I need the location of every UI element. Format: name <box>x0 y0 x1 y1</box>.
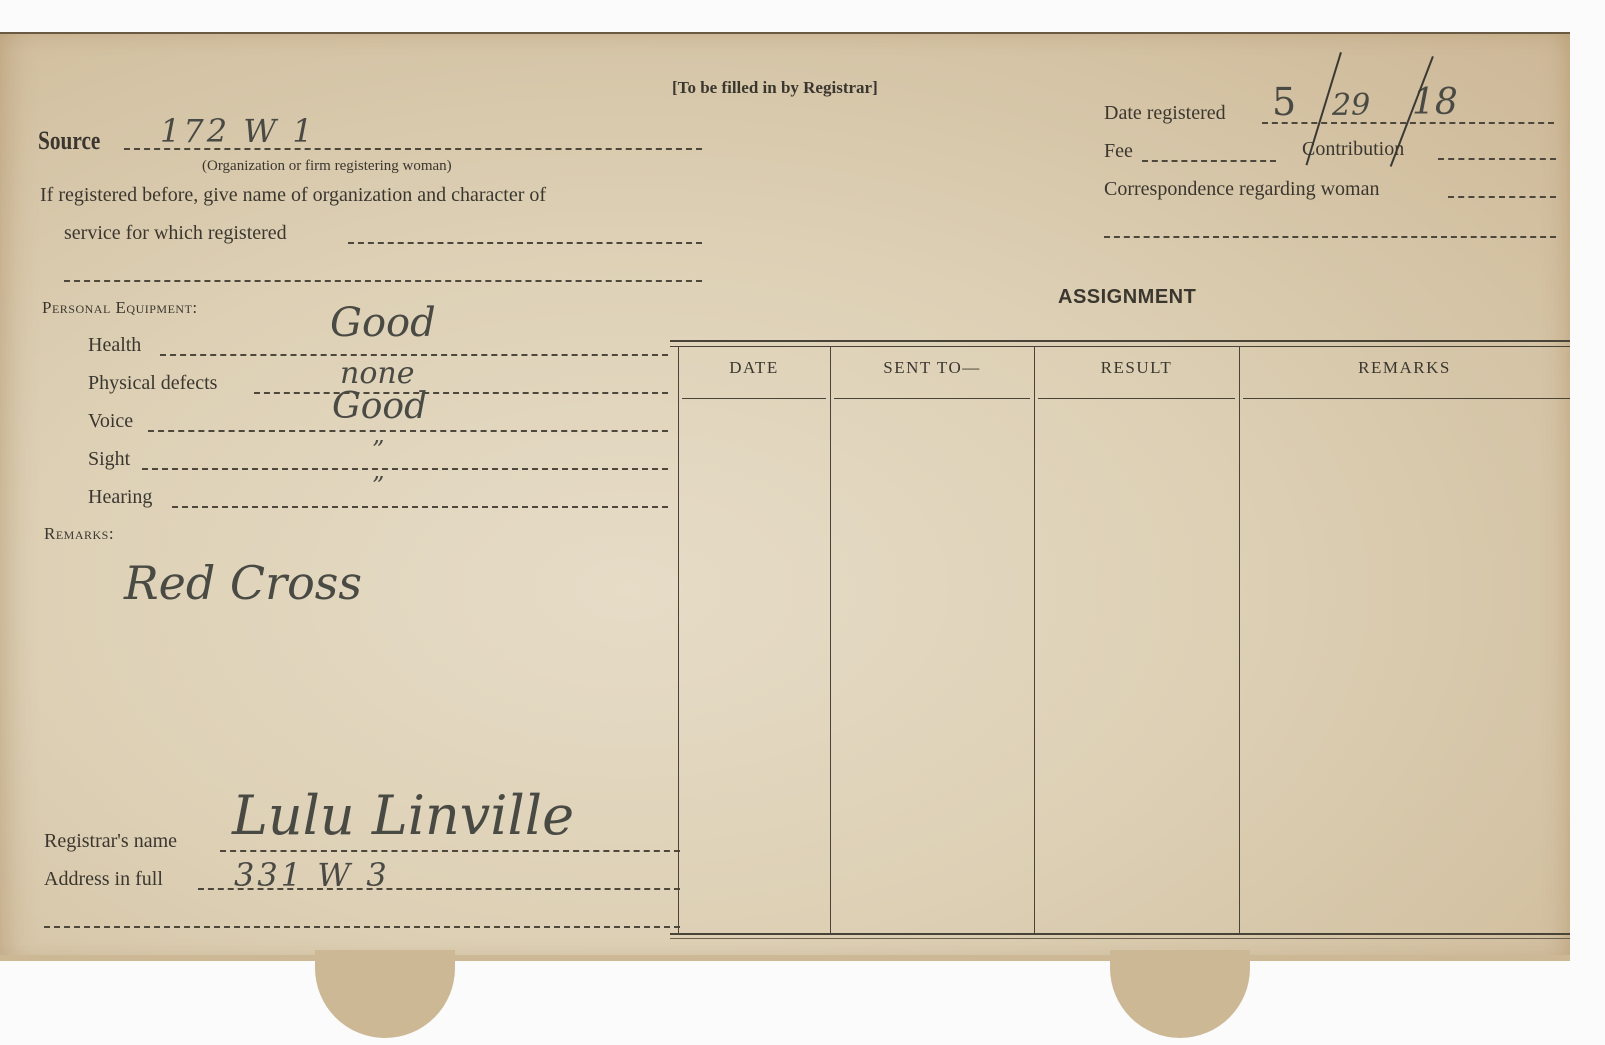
correspondence-label: Correspondence regarding woman <box>1104 178 1379 201</box>
hearing-label: Hearing <box>88 486 152 509</box>
address-line-2 <box>44 926 680 928</box>
registered-before-label-line1: If registered before, give name of organ… <box>40 184 546 207</box>
table-top-rule <box>670 340 1570 347</box>
address-label: Address in full <box>44 868 163 891</box>
fee-label: Fee <box>1104 140 1133 163</box>
personal-equipment-heading: Personal Equipment: <box>42 298 198 318</box>
hearing-value[interactable]: ” <box>372 472 384 500</box>
sight-value[interactable]: ” <box>372 436 384 464</box>
column-header-result: RESULT <box>1034 358 1239 378</box>
fee-line <box>1142 160 1276 162</box>
header-underline-remarks <box>1243 398 1570 399</box>
column-header-date: DATE <box>678 358 830 378</box>
remarks-value[interactable]: Red Cross <box>124 556 362 610</box>
header-underline-date <box>682 398 826 399</box>
correspondence-line-2 <box>1104 236 1556 238</box>
card-bottom-edge <box>0 955 1570 961</box>
date-day[interactable]: 29 <box>1332 88 1370 123</box>
sight-label: Sight <box>88 448 130 471</box>
source-label: Source <box>38 126 100 156</box>
table-bottom-rule <box>670 933 1570 939</box>
column-header-remarks: REMARKS <box>1239 358 1570 378</box>
remarks-heading: Remarks: <box>44 524 114 544</box>
registrar-note: [To be filled in by Registrar] <box>672 78 878 98</box>
address-value[interactable]: 331 W 3 <box>234 856 390 894</box>
column-divider-1 <box>830 346 831 934</box>
contribution-label: Contribution <box>1302 138 1404 161</box>
registered-before-label-line2: service for which registered <box>64 222 287 245</box>
health-value[interactable]: Good <box>330 300 436 346</box>
card-index-tab-left <box>315 950 455 1038</box>
voice-line <box>148 430 668 432</box>
date-registered-label: Date registered <box>1104 102 1226 125</box>
column-header-sent-to: SENT TO— <box>830 358 1034 378</box>
registrar-name-label: Registrar's name <box>44 830 177 853</box>
registered-before-line <box>348 242 702 244</box>
correspondence-line <box>1448 196 1556 198</box>
assignment-title: ASSIGNMENT <box>1058 286 1196 309</box>
voice-label: Voice <box>88 410 133 433</box>
hearing-line <box>172 506 668 508</box>
registrar-name-value[interactable]: Lulu Linville <box>232 784 574 847</box>
voice-value[interactable]: Good <box>332 386 427 427</box>
card-index-tab-right <box>1110 950 1250 1038</box>
table-left-border <box>678 346 679 934</box>
column-divider-3 <box>1239 346 1240 934</box>
assignment-table: DATE SENT TO— RESULT REMARKS <box>670 340 1570 940</box>
header-underline-sent-to <box>834 398 1030 399</box>
registrar-name-line <box>220 850 680 852</box>
source-value[interactable]: 172 W 1 <box>160 112 316 150</box>
source-caption: (Organization or firm registering woman) <box>202 158 452 175</box>
physical-defects-line <box>254 392 668 394</box>
column-divider-2 <box>1034 346 1035 934</box>
header-underline-result <box>1038 398 1235 399</box>
registered-before-line-2 <box>64 280 702 282</box>
contribution-line <box>1438 158 1556 160</box>
health-label: Health <box>88 334 141 357</box>
physical-defects-label: Physical defects <box>88 372 217 395</box>
date-month[interactable]: 5 <box>1272 80 1296 124</box>
sight-line <box>142 468 668 470</box>
